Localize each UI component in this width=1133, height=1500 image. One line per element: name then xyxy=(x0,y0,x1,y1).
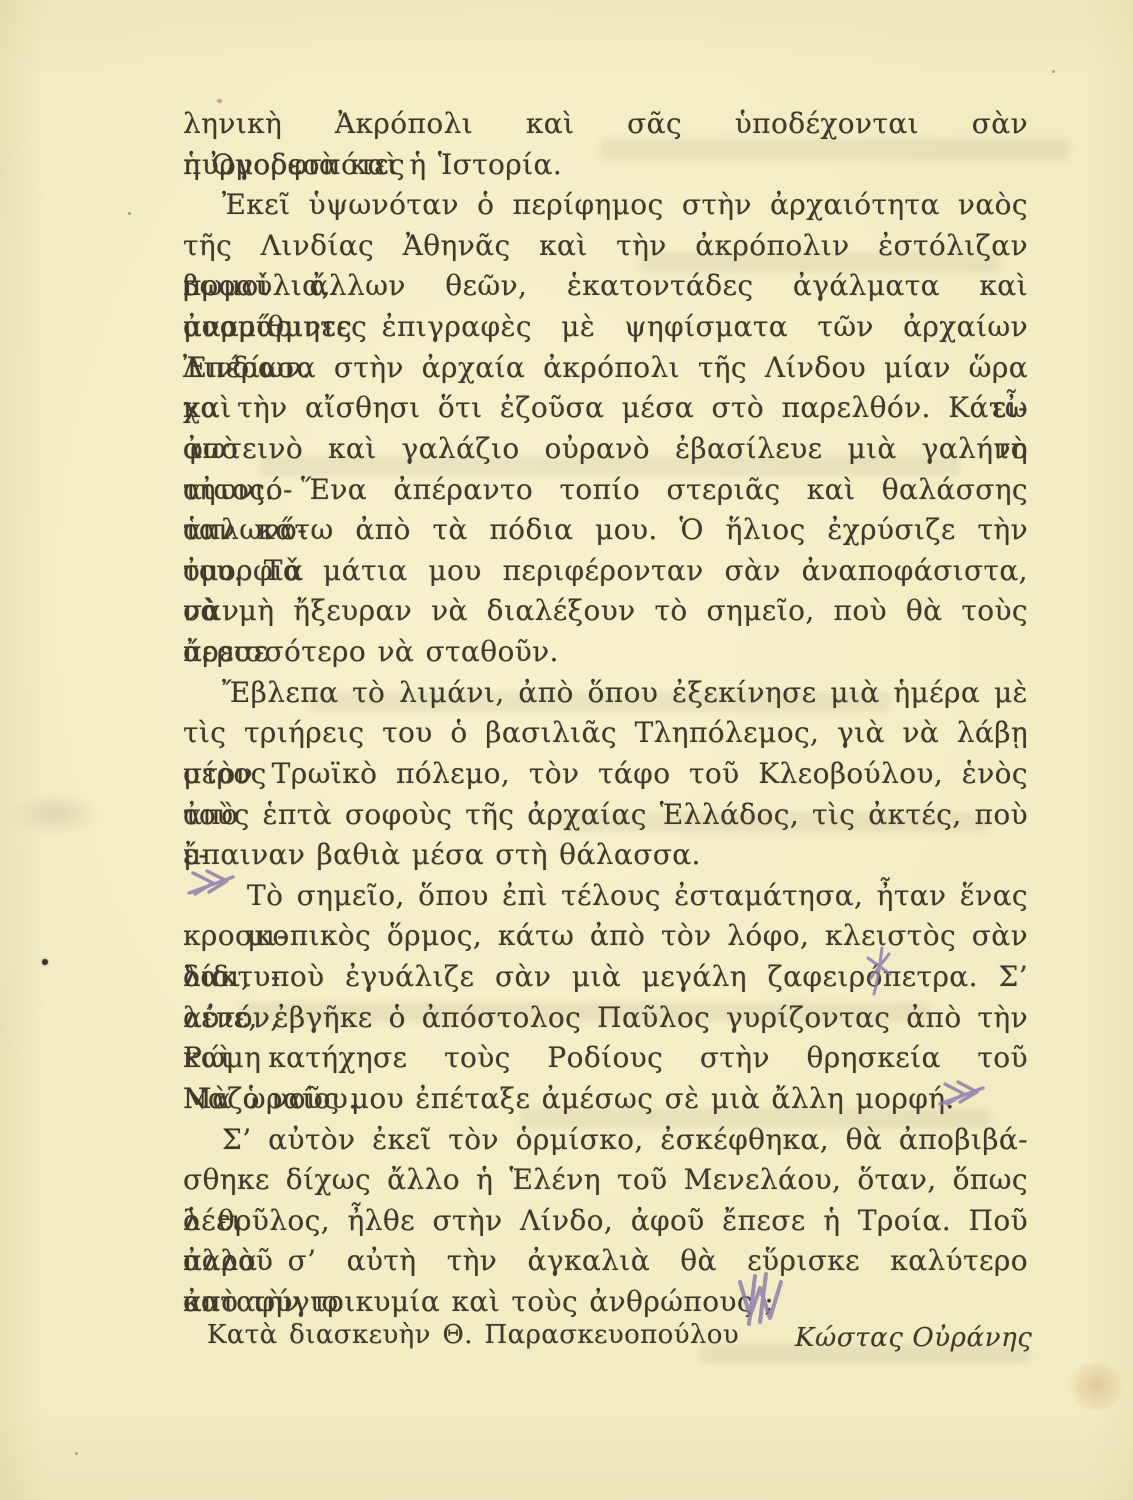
text-line: βωμοὶ ἄλλων θεῶν, ἑκατοντάδες ἀγάλματα κ… xyxy=(183,266,1028,307)
red-ink-fleck xyxy=(217,99,222,103)
text-line: φωτεινὸ καὶ γαλάζιο οὐρανὸ ἐβασίλευε μιὰ… xyxy=(183,429,1028,470)
text-line: τῆς Λινδίας Ἀθηνᾶς καὶ τὴν ἀκρόπολιν ἐστ… xyxy=(183,226,1028,267)
text-line: στὸν Τρωϊκὸ πόλεμο, τὸν τάφο τοῦ Κλεοβού… xyxy=(183,754,1028,795)
text-line: Ἐπέρασα στὴν ἀρχαία ἀκρόπολι τῆς Λίνδου … xyxy=(183,348,1028,389)
text-line: Τὸ σημεῖο, ὅπου ἐπὶ τέλους ἐσταμάτησα, ἦ… xyxy=(183,876,1028,917)
text-line: Σ’ αὐτὸν ἐκεῖ τὸν ὁρμίσκο, ἐσκέφθηκα, θὰ… xyxy=(183,1120,1028,1161)
text-line: κροσκοπικὸς ὅρμος, κάτω ἀπὸ τὸν λόφο, κλ… xyxy=(183,916,1028,957)
pencil-asterisk-mark xyxy=(863,944,897,998)
paper-stain xyxy=(1068,1362,1124,1410)
ink-speck xyxy=(75,1452,78,1455)
text-line: καὶ κατήχησε τοὺς Ροδίους στὴν θρησκεία … xyxy=(183,1038,1028,1079)
paper-smudge xyxy=(10,792,100,836)
text-line: ληνικὴ Ἀκρόπολι καὶ σᾶς ὑποδέχονται σὰν … xyxy=(183,104,1028,145)
pencil-double-chevron-mark xyxy=(185,864,241,902)
text-line: μπαιναν βαθιὰ μέσα στὴ θάλασσα. xyxy=(183,835,1028,876)
text-line: τοὺς ἑπτὰ σοφοὺς τῆς ἀρχαίας Ἑλλάδος, τὶ… xyxy=(183,795,1028,836)
adaptation-credit: Κατὰ διασκευὴν Θ. Παρασκευοπούλου xyxy=(207,1320,739,1350)
text-line: σθηκε δίχως ἄλλο ἡ Ἑλένη τοῦ Μενελάου, ὅ… xyxy=(183,1160,1028,1201)
text-line: μαρμάρινες ἐπιγραφὲς μὲ ψηφίσματα τῶν ἀρ… xyxy=(183,307,1028,348)
text-line: λένε, ἐβγῆκε ὁ ἀπόστολος Παῦλος γυρίζοντ… xyxy=(183,998,1028,1039)
body-text: ληνικὴ Ἀκρόπολι καὶ σᾶς ὑποδέχονται σὰν … xyxy=(183,104,1028,1334)
text-line: ὁ θρῦλος, ἦλθε στὴν Λίνδο, ἀφοῦ ἔπεσε ἡ … xyxy=(183,1201,1028,1242)
text-line: χα τὴν αἴσθησι ὅτι ἐζοῦσα μέσα στὸ παρελ… xyxy=(183,388,1028,429)
text-line: ταν κάτω ἀπὸ τὰ πόδια μου. Ὁ ἥλιος ἐχρύσ… xyxy=(183,510,1028,551)
text-line: παρὰ σ’ αὐτὴ τὴν ἀγκαλιὰ θὰ εὕρισκε καλύ… xyxy=(183,1241,1028,1282)
text-line: Ἔβλεπα τὸ λιμάνι, ἀπὸ ὅπου ἐξεκίνησε μιὰ… xyxy=(183,673,1028,714)
text-line: περισσότερο νὰ σταθοῦν. xyxy=(183,632,1028,673)
author-signature: Κώστας Οὐράνης xyxy=(795,1323,1032,1353)
ink-speck xyxy=(42,959,48,965)
text-line: Μὰ ὁ νοῦς μου ἐπέταξε ἀμέσως σὲ μιὰ ἄλλη… xyxy=(183,1079,1028,1120)
ink-speck xyxy=(1052,70,1055,73)
text-line: νὰ μὴ ἤξευραν νὰ διαλέξουν τὸ σημεῖο, πο… xyxy=(183,591,1028,632)
pencil-double-chevron-mark xyxy=(937,1076,989,1112)
text-line: τὶς τριήρεις του ὁ βασιλιᾶς Τληπόλεμος, … xyxy=(183,713,1028,754)
pencil-crossed-w-mark xyxy=(733,1270,789,1328)
book-page: ληνικὴ Ἀκρόπολι καὶ σᾶς ὑποδέχονται σὰν … xyxy=(0,0,1133,1500)
text-line: ἡ Ὀμορφιὰ καὶ ἡ Ἱστορία. xyxy=(183,145,1028,186)
text-line: του. Τὰ μάτια μου περιφέρονταν σὰν ἀναπο… xyxy=(183,551,1028,592)
text-line: ἀπὸ τὴν τρικυμία καὶ τοὺς ἀνθρώπους ; xyxy=(183,1282,1028,1323)
text-line: τητος. Ἕνα ἀπέραντο τοπίο στεριᾶς καὶ θα… xyxy=(183,470,1028,511)
text-line: Ἐκεῖ ὑψωνόταν ὁ περίφημος στὴν ἀρχαιότητ… xyxy=(183,185,1028,226)
ink-speck xyxy=(128,212,131,215)
text-line: λίδι, ποὺ ἐγυάλιζε σὰν μιὰ μεγάλη ζαφειρ… xyxy=(183,957,1028,998)
